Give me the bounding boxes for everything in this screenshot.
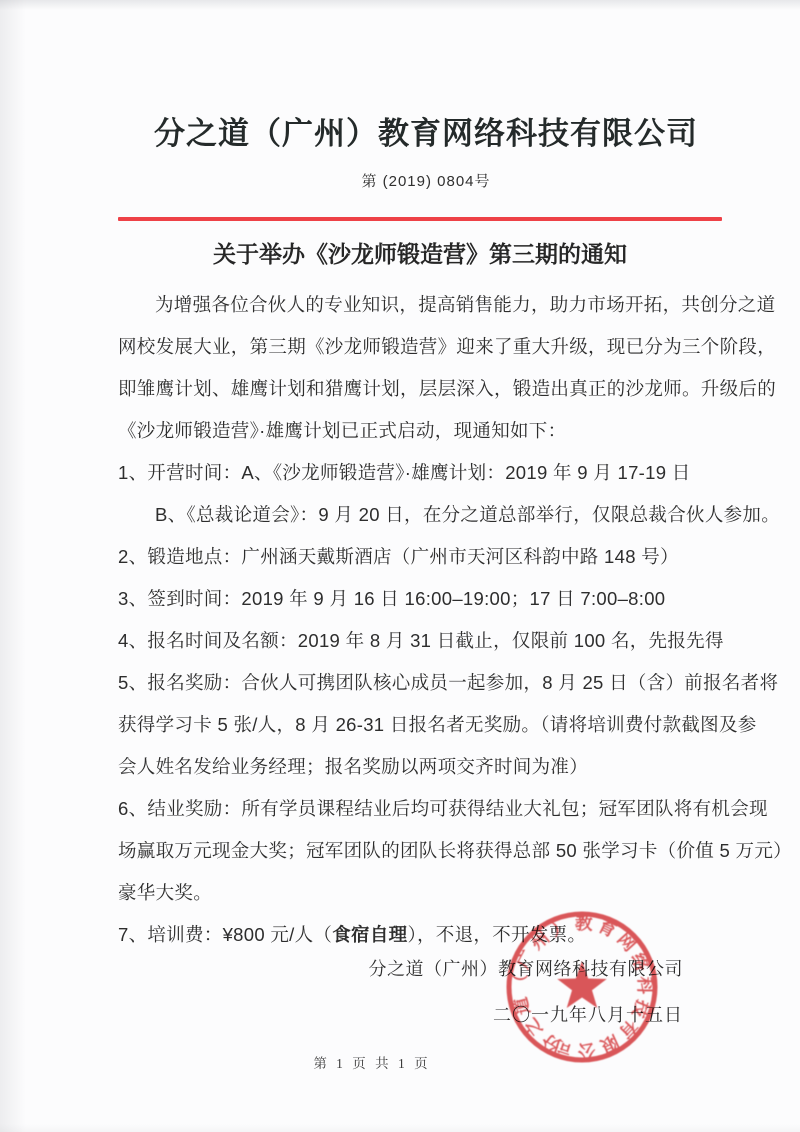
- body-line: B、《总裁论道会》：9 月 20 日，在分之道总部举行，仅限总裁合伙人参加。: [118, 500, 722, 542]
- body-text: 豪华大奖。: [118, 882, 212, 903]
- body-text: 4、报名时间及名额：2019 年 8 月 31 日截止，仅限前 100 名，先报…: [118, 630, 724, 651]
- page-footer: 第 1 页 共 1 页: [0, 1052, 744, 1072]
- body-text: 5、报名奖励：合伙人可携团队核心成员一起参加，8 月 25 日（含）前报名者将: [118, 672, 778, 693]
- body-text-bold: 食宿自理: [332, 924, 407, 945]
- body-line: 场赢取万元现金大奖；冠军团队的团队长将获得总部 50 张学习卡（价值 5 万元）: [118, 836, 722, 878]
- red-divider: [118, 217, 722, 221]
- body-text: B、《总裁论道会》：9 月 20 日，在分之道总部举行，仅限总裁合伙人参加。: [155, 504, 780, 525]
- body-line: 2、锻造地点：广州涵天戴斯酒店（广州市天河区科韵中路 148 号）: [118, 542, 722, 584]
- seal-star-icon: [557, 961, 606, 1008]
- body-line: 即雏鹰计划、雄鹰计划和猎鹰计划，层层深入，锻造出真正的沙龙师。升级后的: [118, 374, 722, 416]
- document-page: 分之道（广州）教育网络科技有限公司 第 (2019) 0804号 关于举办《沙龙…: [0, 0, 800, 1132]
- body-text: 1、开营时间：A、《沙龙师锻造营》·雄鹰计划：2019 年 9 月 17-19 …: [118, 462, 691, 483]
- body-line: 4、报名时间及名额：2019 年 8 月 31 日截止，仅限前 100 名，先报…: [118, 626, 722, 668]
- body-line: 5、报名奖励：合伙人可携团队核心成员一起参加，8 月 25 日（含）前报名者将: [118, 668, 722, 710]
- body-text: 2、锻造地点：广州涵天戴斯酒店（广州市天河区科韵中路 148 号）: [118, 546, 679, 567]
- body-line: 3、签到时间：2019 年 9 月 16 日 16:00–19:00；17 日 …: [118, 584, 722, 626]
- body-line: 获得学习卡 5 张/人，8 月 26-31 日报名者无奖励。（请将培训费付款截图…: [118, 710, 722, 752]
- body-line: 会人姓名发给业务经理；报名奖励以两项交齐时间为准）: [118, 752, 722, 794]
- body-line: 《沙龙师锻造营》·雄鹰计划已正式启动，现通知如下：: [118, 416, 722, 458]
- body-text: 《沙龙师锻造营》·雄鹰计划已正式启动，现通知如下：: [118, 420, 566, 441]
- body-text: 获得学习卡 5 张/人，8 月 26-31 日报名者无奖励。（请将培训费付款截图…: [118, 714, 757, 735]
- company-seal-icon: 分之道（广州）教育网络科技有限公司: [502, 907, 662, 1067]
- body-text: 7、培训费：¥800 元/人（: [118, 924, 332, 945]
- company-header: 分之道（广州）教育网络科技有限公司: [118, 108, 722, 153]
- body-text: 3、签到时间：2019 年 9 月 16 日 16:00–19:00；17 日 …: [118, 588, 665, 609]
- body-text: 为增强各位合伙人的专业知识，提高销售能力，助力市场开拓，共创分之道: [155, 294, 775, 315]
- body-line: 6、结业奖励：所有学员课程结业后均可获得结业大礼包；冠军团队将有机会现: [118, 794, 722, 836]
- body-text: 即雏鹰计划、雄鹰计划和猎鹰计划，层层深入，锻造出真正的沙龙师。升级后的: [118, 378, 776, 399]
- body-line: 为增强各位合伙人的专业知识，提高销售能力，助力市场开拓，共创分之道: [118, 290, 722, 332]
- notice-body: 为增强各位合伙人的专业知识，提高销售能力，助力市场开拓，共创分之道网校发展大业，…: [118, 290, 722, 962]
- body-line: 网校发展大业，第三期《沙龙师锻造营》迎来了重大升级，现已分为三个阶段，: [118, 332, 722, 374]
- body-text: 会人姓名发给业务经理；报名奖励以两项交齐时间为准）: [118, 756, 588, 777]
- body-text: 6、结业奖励：所有学员课程结业后均可获得结业大礼包；冠军团队将有机会现: [118, 798, 768, 819]
- doc-number: 第 (2019) 0804号: [118, 170, 722, 191]
- body-line: 1、开营时间：A、《沙龙师锻造营》·雄鹰计划：2019 年 9 月 17-19 …: [118, 458, 722, 500]
- body-text: 场赢取万元现金大奖；冠军团队的团队长将获得总部 50 张学习卡（价值 5 万元）: [118, 840, 792, 861]
- notice-title: 关于举办《沙龙师锻造营》第三期的通知: [118, 236, 722, 269]
- body-text: 网校发展大业，第三期《沙龙师锻造营》迎来了重大升级，现已分为三个阶段，: [118, 336, 776, 357]
